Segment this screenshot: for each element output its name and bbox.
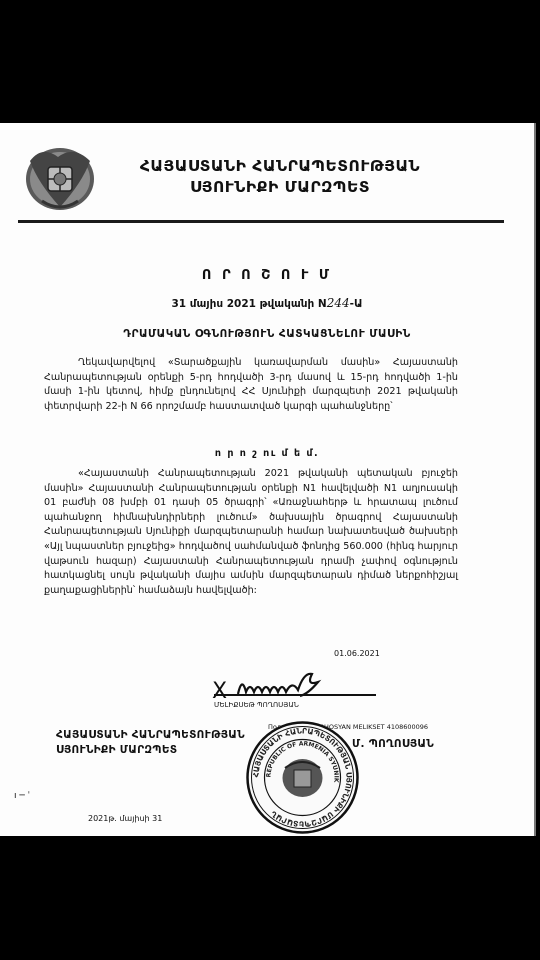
decision-number: 244 [327, 296, 350, 310]
preamble-paragraph: Ղեկավարվելով «Տարածքային կառավարման մասի… [44, 356, 458, 414]
header-divider [18, 220, 504, 223]
signer-name: ՄԵԼԻՔՍԵԹ ՊՈՂՈՍՅԱՆ [214, 701, 299, 709]
footer-issuer-line-2: ՍՅՈՒՆԻՔԻ ՄԱՐԶՊԵՏ [56, 743, 245, 758]
decision-number-suffix: -Ա [350, 298, 363, 310]
decision-date-prefix: 31 մայիս 2021 թվականի N [171, 298, 326, 310]
decision-date: 31 մայիս 2021 թվականի N244-Ա [0, 296, 534, 310]
issuer-line-2: ՍՅՈՒՆԻՔԻ ՄԱՐԶՊԵՏ [130, 177, 430, 198]
handwritten-signature-icon: X [208, 668, 383, 704]
pen-mark: ı ─ ˈ [14, 791, 30, 801]
footer-date: 2021թ. մայիսի 31 [88, 814, 162, 823]
official-stamp-icon: ՀԱՅԱՍՏԱՆԻ ՀԱՆՐԱՊԵՏՈՒԹՅԱՆ ՍՅՈՒՆԻՔԻ ՄԱՐԶՊԵ… [245, 720, 360, 835]
decision-subject: ԴՐԱՄԱԿԱՆ ՕԳՆՈՒԹՅՈՒՆ ՀԱՏԿԱՑՆԵԼՈՒ ՄԱՍԻՆ [0, 328, 534, 340]
signature-date: 01.06.2021 [334, 649, 380, 658]
footer-signer-name: Մ. ՊՈՂՈՍՅԱՆ [352, 738, 434, 750]
decision-paragraph: «Հայաստանի Հանրապետության 2021 թվականի պ… [44, 467, 458, 598]
footer-issuer: ՀԱՅԱՍՏԱՆԻ ՀԱՆՐԱՊԵՏՈՒԹՅԱՆ ՍՅՈՒՆԻՔԻ ՄԱՐԶՊԵ… [56, 728, 245, 758]
decide-label: ո ր ո շ ու մ ե մ. [0, 448, 534, 459]
signature-line [214, 694, 376, 696]
footer-issuer-line-1: ՀԱՅԱՍՏԱՆԻ ՀԱՆՐԱՊԵՏՈՒԹՅԱՆ [56, 728, 245, 743]
issuer-header: ՀԱՅԱՍՏԱՆԻ ՀԱՆՐԱՊԵՏՈՒԹՅԱՆ ՍՅՈՒՆԻՔԻ ՄԱՐԶՊԵ… [130, 156, 430, 198]
issuer-line-1: ՀԱՅԱՍՏԱՆԻ ՀԱՆՐԱՊԵՏՈՒԹՅԱՆ [130, 156, 430, 177]
document-page: ՀԱՅԱՍՏԱՆԻ ՀԱՆՐԱՊԵՏՈՒԹՅԱՆ ՍՅՈՒՆԻՔԻ ՄԱՐԶՊԵ… [0, 123, 536, 836]
coat-of-arms-icon [22, 143, 98, 213]
decision-title: Ո Ր Ո Շ Ո Ւ Մ [0, 268, 534, 283]
